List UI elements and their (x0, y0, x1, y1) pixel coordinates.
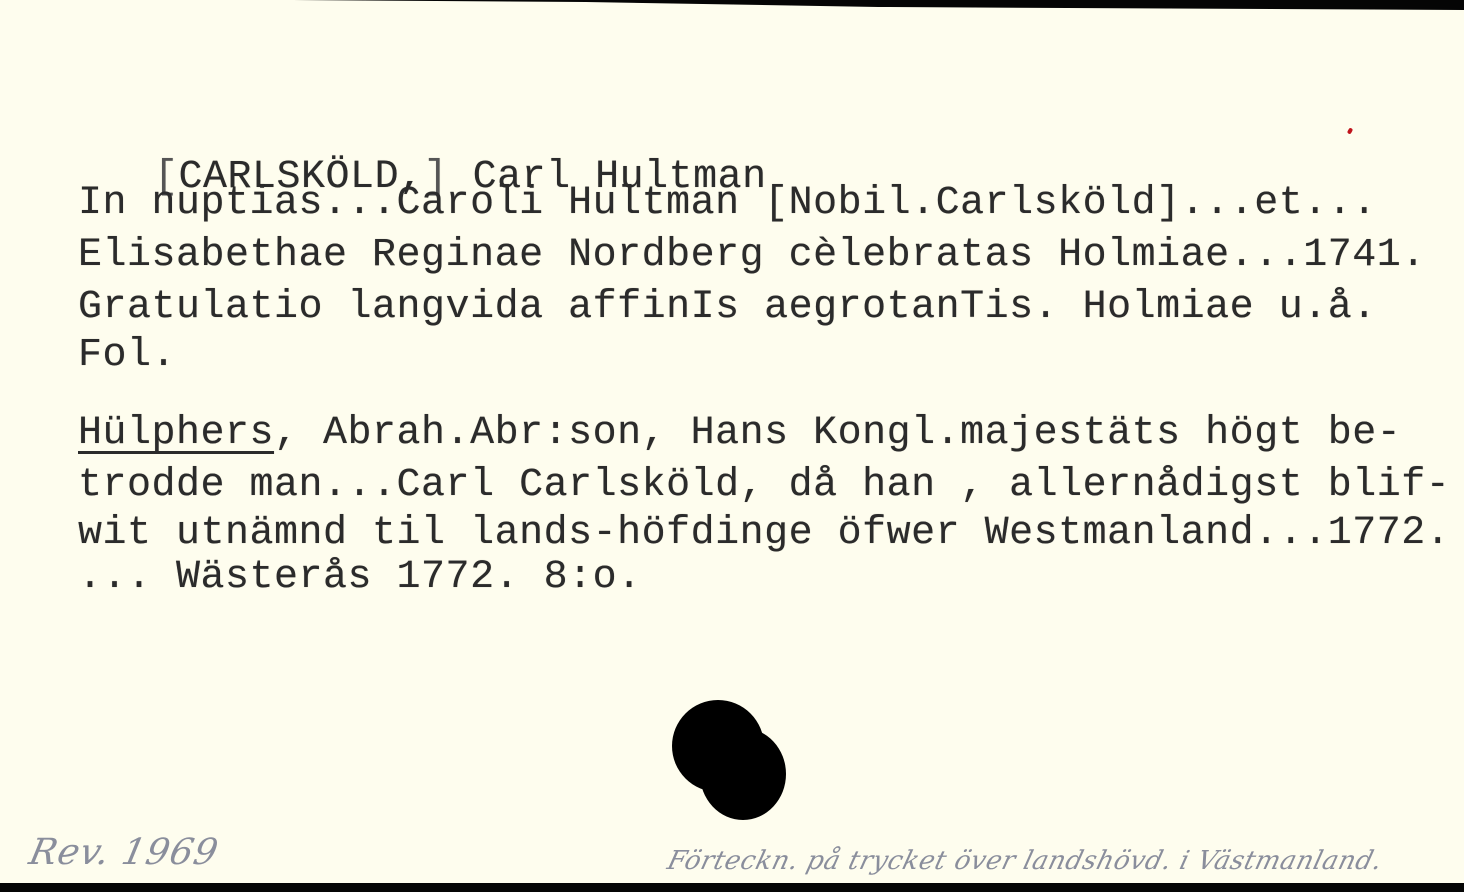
entry-2-line-1: Hülphers, Abrah.Abr:son, Hans Kongl.maje… (78, 410, 1401, 458)
scan-border-top (0, 0, 1464, 10)
punch-hole-mark (672, 700, 792, 820)
punch-hole-icon (700, 728, 786, 820)
entry-2-line-2: trodde man...Carl Carlsköld, då han , al… (78, 462, 1450, 510)
entry-1-line-3: Gratulatio langvida affinIs aegrotanTis.… (78, 284, 1377, 332)
card-heading: [CARLSKÖLD,] Carl Hultman (56, 106, 767, 250)
entry-2-line-4: ... Wästerås 1772. 8:o. (78, 554, 642, 602)
handwritten-source-note: Förteckn. på trycket över landshövd. i V… (664, 846, 1385, 876)
entry-2-line-1-text: , Abrah.Abr:son, Hans Kongl.majestäts hö… (274, 411, 1401, 456)
catalog-card: [CARLSKÖLD,] Carl Hultman In nuptias...C… (0, 0, 1464, 892)
entry-2-author: Hülphers (78, 411, 274, 456)
entry-2-line-3: wit utnämnd til lands-höfdinge öfwer Wes… (78, 510, 1450, 558)
scan-border-bottom (0, 883, 1464, 892)
entry-1-line-2: Elisabethae Reginae Nordberg cèlebratas … (78, 232, 1426, 280)
handwritten-revision-note: Rev. 1969 (26, 832, 223, 873)
entry-1-line-1: In nuptias...Caroli Hultman [Nobil.Carls… (78, 180, 1377, 228)
entry-1-line-4: Fol. (78, 332, 176, 380)
ink-speck (1347, 127, 1353, 134)
